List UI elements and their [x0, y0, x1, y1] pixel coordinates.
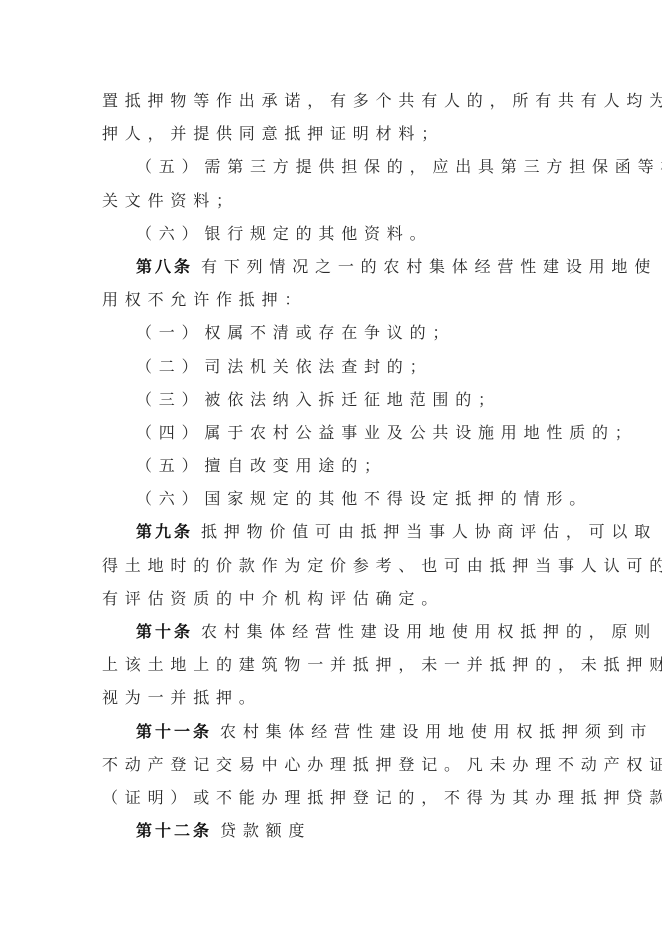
- list-item: （四）属于农村公益事业及公共设施用地性质的；: [102, 416, 562, 449]
- article-heading: 第九条: [136, 522, 193, 541]
- list-item: （一）权属不清或存在争议的；: [102, 316, 562, 349]
- article-8: 第八条有下列情况之一的农村集体经营性建设用地使: [102, 250, 562, 283]
- text-line: 关文件资料；: [102, 184, 562, 217]
- list-item: （六）国家规定的其他不得设定抵押的情形。: [102, 482, 562, 515]
- text-line: （证明）或不能办理抵押登记的，不得为其办理抵押贷款。: [102, 781, 562, 814]
- text-line: 上该土地上的建筑物一并抵押，未一并抵押的，未抵押财产: [102, 648, 562, 681]
- text-line: 不动产登记交易中心办理抵押登记。凡未办理不动产权证书: [102, 748, 562, 781]
- article-heading: 第十二条: [136, 821, 212, 840]
- article-9: 第九条抵押物价值可由抵押当事人协商评估，可以取: [102, 515, 562, 548]
- list-item: （三）被依法纳入拆迁征地范围的；: [102, 383, 562, 416]
- text-line: 视为一并抵押。: [102, 681, 562, 714]
- text-line: 得土地时的价款作为定价参考、也可由抵押当事人认可的具: [102, 549, 562, 582]
- list-item: （二）司法机关依法查封的；: [102, 350, 562, 383]
- article-heading: 第八条: [136, 257, 193, 276]
- list-item: （五）需第三方提供担保的，应出具第三方担保函等相: [102, 150, 562, 183]
- list-item: （五）擅自改变用途的；: [102, 449, 562, 482]
- text-line: 有评估资质的中介机构评估确定。: [102, 582, 562, 615]
- article-text: 农村集体经营性建设用地使用权抵押须到市: [220, 722, 653, 741]
- article-text: 农村集体经营性建设用地使用权抵押的，原则: [201, 622, 657, 641]
- document-page: 置抵押物等作出承诺，有多个共有人的，所有共有人均为抵 押人，并提供同意抵押证明材…: [102, 84, 562, 847]
- article-heading: 第十条: [136, 622, 193, 641]
- list-item: （六）银行规定的其他资料。: [102, 217, 562, 250]
- article-text: 贷款额度: [220, 821, 311, 840]
- article-12: 第十二条贷款额度: [102, 814, 562, 847]
- article-text: 抵押物价值可由抵押当事人协商评估，可以取: [201, 522, 657, 541]
- article-10: 第十条农村集体经营性建设用地使用权抵押的，原则: [102, 615, 562, 648]
- text-line: 用权不允许作抵押：: [102, 283, 562, 316]
- text-line: 押人，并提供同意抵押证明材料；: [102, 117, 562, 150]
- article-text: 有下列情况之一的农村集体经营性建设用地使: [201, 257, 657, 276]
- text-line: 置抵押物等作出承诺，有多个共有人的，所有共有人均为抵: [102, 84, 562, 117]
- article-heading: 第十一条: [136, 722, 212, 741]
- article-11: 第十一条农村集体经营性建设用地使用权抵押须到市: [102, 715, 562, 748]
